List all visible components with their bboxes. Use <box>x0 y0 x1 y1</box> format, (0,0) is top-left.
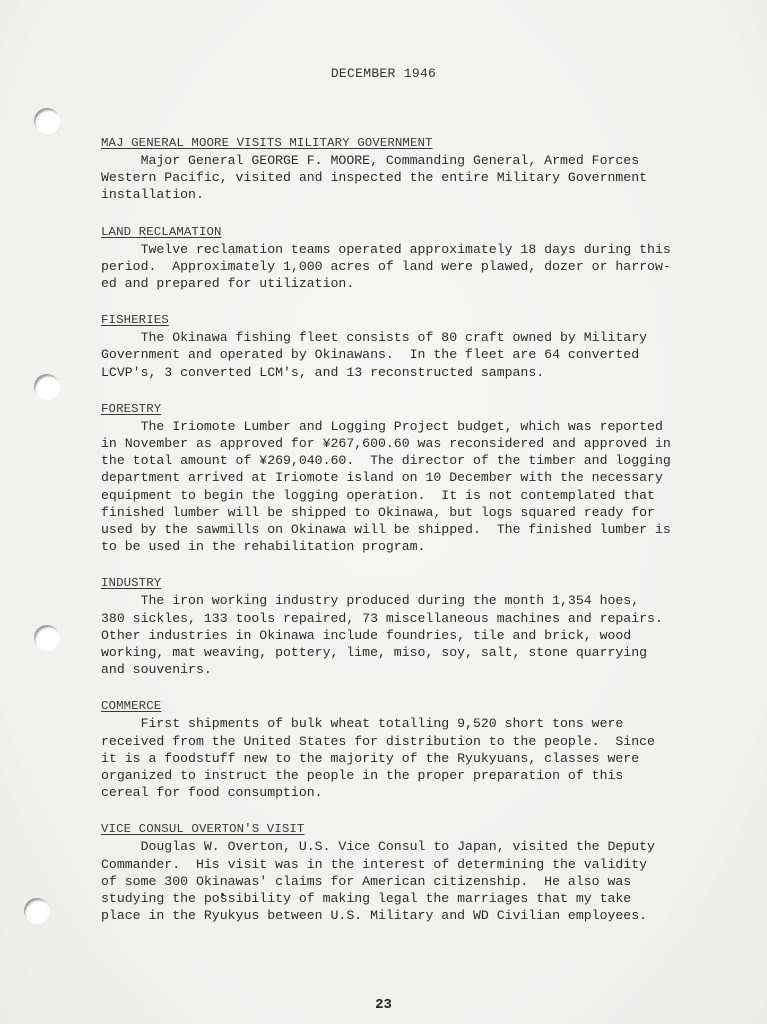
paragraph-line: Other industries in Okinawa include foun… <box>101 627 701 644</box>
section-heading: LAND RECLAMATION <box>101 224 222 240</box>
paragraph-line: The Okinawa fishing fleet consists of 80… <box>101 329 701 346</box>
section-paragraph: The Okinawa fishing fleet consists of 80… <box>101 329 701 381</box>
section-industry: INDUSTRY The iron working industry produ… <box>101 573 701 678</box>
section-paragraph: Major General GEORGE F. MOORE, Commandin… <box>101 152 701 204</box>
section-maj-general-moore-visits-military-government: MAJ GENERAL MOORE VISITS MILITARY GOVERN… <box>101 133 701 204</box>
hole-punch-top <box>34 108 60 134</box>
paragraph-line: the total amount of ¥269,040.60. The dir… <box>101 452 701 469</box>
paragraph-line: Major General GEORGE F. MOORE, Commandin… <box>101 152 701 169</box>
paragraph-line: LCVP's, 3 converted LCM's, and 13 recons… <box>101 364 701 381</box>
section-heading: INDUSTRY <box>101 575 161 591</box>
section-heading: MAJ GENERAL MOORE VISITS MILITARY GOVERN… <box>101 135 433 151</box>
section-paragraph: The iron working industry produced durin… <box>101 592 701 678</box>
paragraph-line: received from the United States for dist… <box>101 733 701 750</box>
paragraph-line: Douglas W. Overton, U.S. Vice Consul to … <box>101 838 701 855</box>
paragraph-line: Western Pacific, visited and inspected t… <box>101 169 701 186</box>
paragraph-line: it is a foodstuff new to the majority of… <box>101 750 701 767</box>
page-number: 23 <box>0 997 767 1013</box>
paragraph-line: of some 300 Okinawas' claims for America… <box>101 873 701 890</box>
section-vice-consul-overton-s-visit: VICE CONSUL OVERTON'S VISIT Douglas W. O… <box>101 819 701 924</box>
section-fisheries: FISHERIES The Okinawa fishing fleet cons… <box>101 310 701 381</box>
section-heading: FISHERIES <box>101 312 169 328</box>
section-heading: FORESTRY <box>101 401 161 417</box>
section-paragraph: First shipments of bulk wheat totalling … <box>101 715 701 801</box>
paragraph-line: used by the sawmills on Okinawa will be … <box>101 521 701 538</box>
paragraph-line: period. Approximately 1,000 acres of lan… <box>101 258 701 275</box>
section-heading: VICE CONSUL OVERTON'S VISIT <box>101 821 304 837</box>
section-land-reclamation: LAND RECLAMATION Twelve reclamation team… <box>101 222 701 293</box>
paragraph-line: installation. <box>101 186 701 203</box>
paragraph-line: working, mat weaving, pottery, lime, mis… <box>101 644 701 661</box>
paragraph-line: place in the Ryukyus between U.S. Milita… <box>101 907 701 924</box>
section-forestry: FORESTRY The Iriomote Lumber and Logging… <box>101 399 701 556</box>
section-paragraph: Twelve reclamation teams operated approx… <box>101 241 701 293</box>
paragraph-line: department arrived at Iriomote island on… <box>101 469 701 486</box>
section-commerce: COMMERCE First shipments of bulk wheat t… <box>101 696 701 801</box>
paragraph-line: finished lumber will be shipped to Okina… <box>101 504 701 521</box>
ink-speck <box>221 893 224 896</box>
paragraph-line: cereal for food consumption. <box>101 784 701 801</box>
paragraph-line: Government and operated by Okinawans. In… <box>101 346 701 363</box>
page-header-date: DECEMBER 1946 <box>0 66 767 81</box>
document-body: MAJ GENERAL MOORE VISITS MILITARY GOVERN… <box>101 133 701 943</box>
paragraph-line: to be used in the rehabilitation program… <box>101 538 701 555</box>
paragraph-line: 380 sickles, 133 tools repaired, 73 misc… <box>101 610 701 627</box>
hole-punch-bottom <box>24 898 50 924</box>
paragraph-line: in November as approved for ¥267,600.60 … <box>101 435 701 452</box>
section-paragraph: Douglas W. Overton, U.S. Vice Consul to … <box>101 838 701 924</box>
paragraph-line: and souvenirs. <box>101 661 701 678</box>
paragraph-line: The iron working industry produced durin… <box>101 592 701 609</box>
document-page: DECEMBER 1946 MAJ GENERAL MOORE VISITS M… <box>0 0 767 1024</box>
paragraph-line: First shipments of bulk wheat totalling … <box>101 715 701 732</box>
hole-punch-lower-middle <box>34 625 60 651</box>
paragraph-line: The Iriomote Lumber and Logging Project … <box>101 418 701 435</box>
section-paragraph: The Iriomote Lumber and Logging Project … <box>101 418 701 556</box>
paragraph-line: equipment to begin the logging operation… <box>101 487 701 504</box>
hole-punch-upper-middle <box>34 374 60 400</box>
paragraph-line: Twelve reclamation teams operated approx… <box>101 241 701 258</box>
paragraph-line: Commander. His visit was in the interest… <box>101 856 701 873</box>
paragraph-line: organized to instruct the people in the … <box>101 767 701 784</box>
section-heading: COMMERCE <box>101 698 161 714</box>
paragraph-line: studying the possibility of making legal… <box>101 890 701 907</box>
paragraph-line: ed and prepared for utilization. <box>101 275 701 292</box>
